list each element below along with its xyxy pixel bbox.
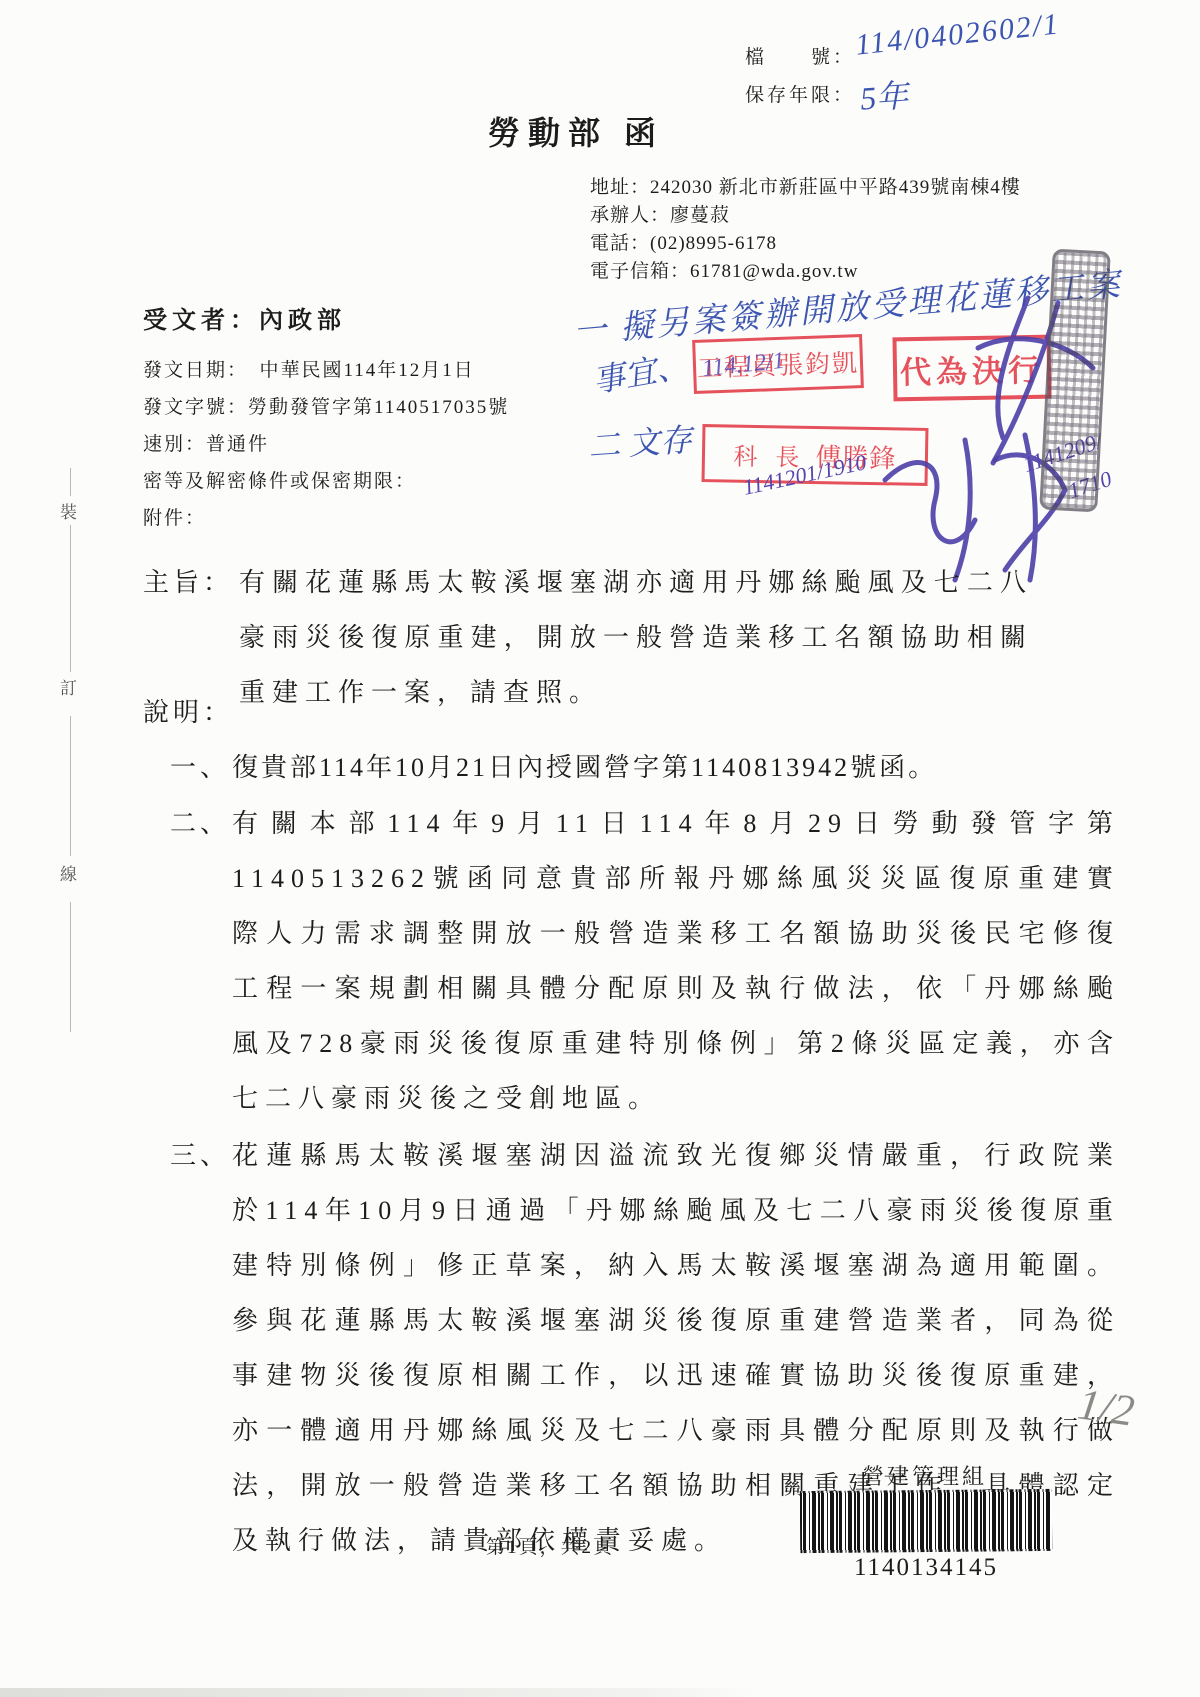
item-text: 復貴部114年10月21日內授國營字第1140813942號函。: [232, 740, 1120, 795]
retention-label: 保存年限：: [745, 80, 855, 107]
scan-edge-artifact: [0, 1688, 760, 1697]
handwritten-page-mark: 1/2: [1075, 1378, 1138, 1436]
document-title: 勞動部 函: [488, 108, 664, 154]
meta-security: 密等及解密條件或保密期限：: [143, 463, 663, 500]
meta-attachment: 附件：: [143, 500, 663, 537]
page-info: 第1頁，共2頁: [420, 1532, 680, 1559]
binding-line: [70, 716, 71, 856]
explanation-label: 說明：: [143, 692, 233, 729]
meta-speed: 速別：普通件: [143, 426, 663, 463]
explanation-item-2: 二、 有關本部114年9月11日114年8月29日勞動發管字第114051326…: [170, 796, 1120, 1126]
item-number: 一、: [170, 740, 232, 795]
explanation-item-1: 一、 復貴部114年10月21日內授國營字第1140813942號函。: [170, 740, 1120, 795]
recipient-line: 受文者：內政部: [143, 300, 346, 335]
binding-line: [70, 902, 71, 1032]
binding-mark-ding: 訂: [60, 672, 77, 701]
item-text: 有關本部114年9月11日114年8月29日勞動發管字第1140513262號函…: [232, 796, 1120, 1126]
subject-text: 有關花蓮縣馬太鞍溪堰塞湖亦適用丹娜絲颱風及七二八豪雨災後復原重建，開放一般營造業…: [239, 555, 1033, 720]
binding-line: [70, 540, 71, 680]
item-number: 三、: [170, 1128, 232, 1568]
meta-block: 發文日期： 中華民國114年12月1日 發文字號：勞動發管字第114051703…: [143, 352, 663, 537]
sender-contact: 承辦人：廖蔓菽: [590, 202, 1110, 230]
binding-mark-zhuang: 裝: [60, 496, 77, 525]
scanned-letter-page: 檔 號： 114/0402602/1 保存年限： 5年 勞動部 函 地址：242…: [0, 0, 1200, 1697]
meta-doc-number: 發文字號：勞動發管字第1140517035號: [143, 389, 663, 426]
file-number-label: 檔 號：: [745, 42, 855, 69]
subject-block: 主旨： 有關花蓮縣馬太鞍溪堰塞湖亦適用丹娜絲颱風及七二八豪雨災後復原重建，開放一…: [143, 555, 1033, 720]
file-number-handwritten: 114/0402602/1: [854, 7, 1062, 62]
handwritten-note-line3: 二 文存: [587, 414, 694, 467]
sender-address: 地址：242030 新北市新莊區中平路439號南棟4樓: [590, 174, 1110, 202]
barcode: [800, 1489, 1053, 1553]
sender-phone: 電話：(02)8995-6178: [590, 230, 1110, 258]
meta-date: 發文日期： 中華民國114年12月1日: [143, 352, 663, 389]
binding-mark-xian: 線: [60, 858, 77, 887]
unit-name: 營建管理組: [862, 1460, 987, 1491]
barcode-number: 1140134145: [800, 1554, 1052, 1582]
retention-handwritten: 5年: [858, 70, 909, 119]
item-number: 二、: [170, 796, 232, 1126]
